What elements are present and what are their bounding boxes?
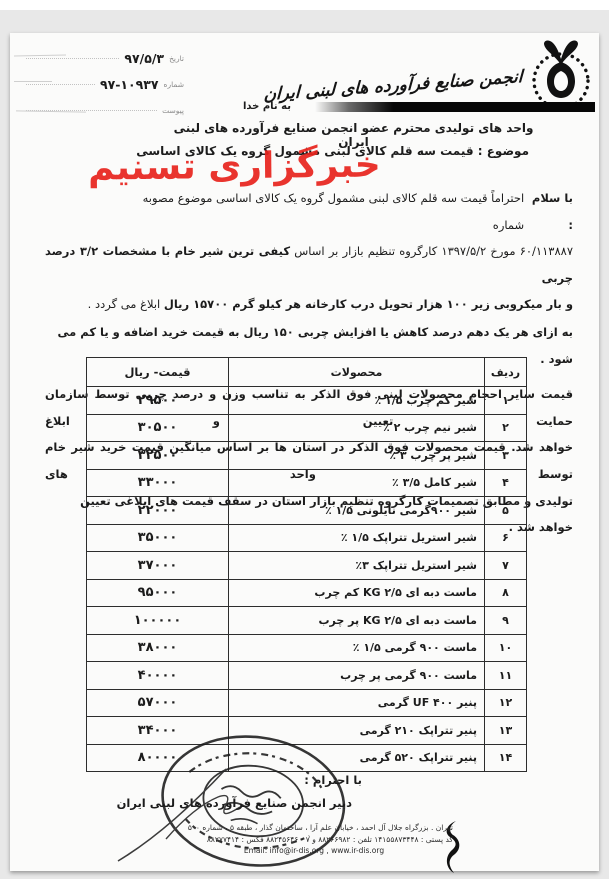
product-header: محصولات	[229, 358, 485, 387]
product-cell: شیر استریل تتراپک ۳٪	[229, 552, 485, 580]
price-cell: ۳۲۵۰۰	[87, 442, 229, 470]
table-row: ۳ شیر پر چرب ۳ ٪ ۳۲۵۰۰	[87, 442, 527, 470]
row-number-cell: ۷	[485, 552, 527, 580]
price-cell: ۱۰۰۰۰۰	[87, 607, 229, 635]
table-row: ۷ شیر استریل تتراپک ۳٪ ۳۷۰۰۰	[87, 552, 527, 580]
product-cell: شیر کم چرب ۱/۵ ٪	[229, 387, 485, 415]
date-label: تاریخ	[169, 54, 184, 63]
paragraph1-line2: ۶۰/۱۱۳۸۸۷ مورخ ۱۳۹۷/۵/۲ کارگروه تنظیم با…	[45, 238, 573, 291]
row-number-cell: ۱۰	[485, 634, 527, 662]
row-number-cell: ۵	[485, 497, 527, 525]
table-row: ۹ ماست دبه ای ۲/۵‏ KG پر چرب ۱۰۰۰۰۰	[87, 607, 527, 635]
product-cell: شیر استریل تتراپک ۱/۵ ٪	[229, 524, 485, 552]
price-cell: ۹۵۰۰۰	[87, 579, 229, 607]
besmellah-text: به نام خدا	[243, 101, 291, 112]
table-row: ۱۲ پنیر UF ۴۰۰ گرمی ۵۷۰۰۰	[87, 689, 527, 717]
attachment-label: پیوست	[162, 106, 184, 115]
row-number-cell: ۲	[485, 414, 527, 442]
price-header: قیمت- ریال	[87, 358, 229, 387]
product-cell: شیر ۹۰۰گرمی نایلونی ۱/۵ ٪	[229, 497, 485, 525]
number-dotted-line	[26, 83, 95, 85]
date-dotted-line	[26, 57, 119, 59]
price-cell: ۳۳۰۰۰	[87, 469, 229, 497]
meta-number-row: شماره ۹۷-۱۰۹۳۷	[26, 71, 184, 97]
product-cell: شیر نیم چرب ۲ ٪	[229, 414, 485, 442]
letter-page: تاریخ ۹۷/۵/۳ شماره ۹۷-۱۰۹۳۷ پیوست انجمن …	[10, 33, 599, 871]
row-number-cell: ۸	[485, 579, 527, 607]
table-row: ۱ شیر کم چرب ۱/۵ ٪ ۲۹۵۰۰	[87, 387, 527, 415]
official-stamp	[108, 735, 358, 875]
row-number-cell: ۱۱	[485, 662, 527, 690]
row-number-cell: ۳	[485, 442, 527, 470]
tasnim-watermark: خبرگزاری تسنیم	[88, 144, 381, 188]
product-cell: ماست دبه ای ۲/۵‏ KG پر چرب	[229, 607, 485, 635]
row-number-cell: ۱۴	[485, 744, 527, 772]
row-number-cell: ۴	[485, 469, 527, 497]
p1-line1-text: احتراماً قیمت سه قلم کالای لبنی مشمول گر…	[115, 185, 524, 238]
p1-line3-bold: و بار میکروبی زیر ۱۰۰ هزار تحویل درب کار…	[164, 297, 573, 311]
row-number-cell: ۹	[485, 607, 527, 635]
table-row: ۸ ماست دبه ای ۲/۵‏ KG کم چرب ۹۵۰۰۰	[87, 579, 527, 607]
table-row: ۱۰ ماست ۹۰۰ گرمی ۱/۵ ٪ ۳۸۰۰۰	[87, 634, 527, 662]
price-cell: ۴۰۰۰۰	[87, 662, 229, 690]
table-row: ۱۱ ماست ۹۰۰ گرمی پر چرب ۴۰۰۰۰	[87, 662, 527, 690]
table-body: ۱ شیر کم چرب ۱/۵ ٪ ۲۹۵۰۰ ۲ شیر نیم چرب ۲…	[87, 387, 527, 772]
paragraph1-line3: و بار میکروبی زیر ۱۰۰ هزار تحویل درب کار…	[45, 291, 573, 318]
price-cell: ۵۷۰۰۰	[87, 689, 229, 717]
salutation: با سلام :	[524, 185, 573, 238]
paragraph1-line1: با سلام : احتراماً قیمت سه قلم کالای لبن…	[45, 185, 573, 238]
table-header-row: ردیف محصولات قیمت- ریال	[87, 358, 527, 387]
org-name-calligraphy: انجمن صنایع فرآورده های لبنی ایران	[264, 67, 524, 105]
date-value: ۹۷/۵/۳	[124, 51, 164, 66]
table-row: ۶ شیر استریل تتراپک ۱/۵ ٪ ۳۵۰۰۰	[87, 524, 527, 552]
row-number-cell: ۱۲	[485, 689, 527, 717]
price-table: ردیف محصولات قیمت- ریال ۱ شیر کم چرب ۱/۵…	[86, 357, 527, 772]
meta-date-row: تاریخ ۹۷/۵/۳	[26, 45, 184, 71]
price-cell: ۳۵۰۰۰	[87, 524, 229, 552]
product-cell: پنیر UF ۴۰۰ گرمی	[229, 689, 485, 717]
row-number-cell: ۱۳	[485, 717, 527, 745]
product-cell: شیر پر چرب ۳ ٪	[229, 442, 485, 470]
price-cell: ۳۷۰۰۰	[87, 552, 229, 580]
letterhead-divider-bar	[315, 102, 595, 112]
number-value: ۹۷-۱۰۹۳۷	[100, 77, 159, 92]
product-cell: ماست ۹۰۰ گرمی پر چرب	[229, 662, 485, 690]
price-cell: ۳۰۵۰۰	[87, 414, 229, 442]
p1-line3-tail: ابلاغ می گردد .	[88, 297, 164, 311]
product-cell: ماست ۹۰۰ گرمی ۱/۵ ٪	[229, 634, 485, 662]
table-row: ۴ شیر کامل ۳/۵ ٪ ۳۳۰۰۰	[87, 469, 527, 497]
price-cell: ۲۹۵۰۰	[87, 387, 229, 415]
row-number-cell: ۱	[485, 387, 527, 415]
product-cell: ماست دبه ای ۲/۵‏ KG کم چرب	[229, 579, 485, 607]
price-cell: ۲۲۰۰۰	[87, 497, 229, 525]
table-row: ۲ شیر نیم چرب ۲ ٪ ۳۰۵۰۰	[87, 414, 527, 442]
row-number-cell: ۶	[485, 524, 527, 552]
number-label: شماره	[164, 80, 184, 89]
screenshot-root: { "watermark": { "text": "خبرگزاری تسنیم…	[0, 0, 609, 879]
faint-scribble	[14, 81, 52, 82]
price-cell: ۳۸۰۰۰	[87, 634, 229, 662]
p1-line2-normal: ۶۰/۱۱۳۸۸۷ مورخ ۱۳۹۷/۵/۲ کارگروه تنظیم با…	[290, 244, 573, 258]
row-number-header: ردیف	[485, 358, 527, 387]
table-row: ۵ شیر ۹۰۰گرمی نایلونی ۱/۵ ٪ ۲۲۰۰۰	[87, 497, 527, 525]
product-cell: شیر کامل ۳/۵ ٪	[229, 469, 485, 497]
